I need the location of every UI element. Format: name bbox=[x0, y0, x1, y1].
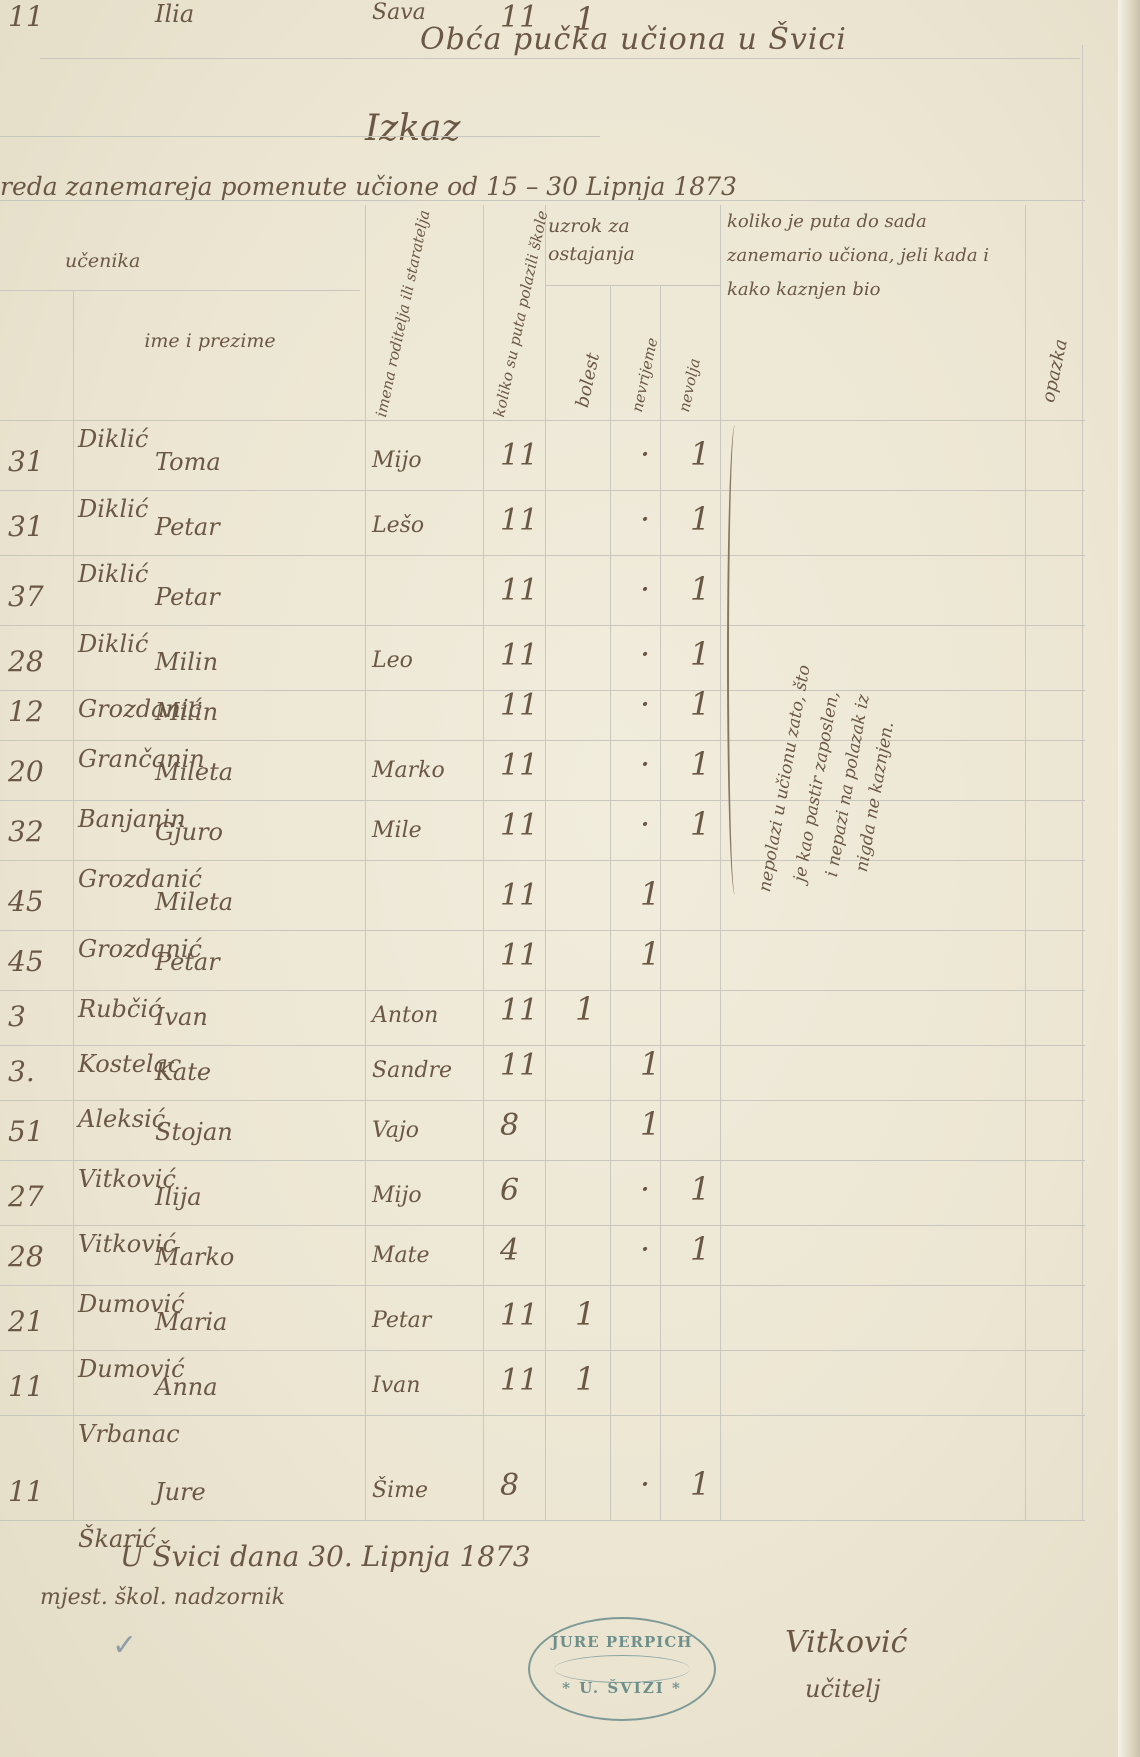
school-stamp: JURE PERPICH * U. ŠVIZI * bbox=[528, 1617, 716, 1721]
row-number: 3 bbox=[8, 1000, 26, 1033]
row-rule bbox=[0, 740, 1085, 741]
attendance-count: 11 bbox=[500, 808, 538, 843]
student-given-name: Gjuro bbox=[155, 818, 223, 846]
reason-nevolja: 1 bbox=[690, 500, 710, 538]
col-line-4 bbox=[545, 205, 546, 1520]
document-page: Obća pučka učiona u Švici Izkaz reda zan… bbox=[0, 0, 1120, 1757]
row-number: 12 bbox=[8, 695, 44, 728]
reason-nevolja: 1 bbox=[690, 1230, 710, 1268]
student-given-name: Kate bbox=[155, 1058, 211, 1086]
header-mid-rule bbox=[0, 290, 360, 291]
reason-nevolja: 1 bbox=[690, 435, 710, 473]
attendance-count: 11 bbox=[500, 748, 538, 783]
attendance-count: 11 bbox=[500, 993, 538, 1028]
attendance-count: 6 bbox=[500, 1173, 519, 1208]
row-rule bbox=[0, 800, 1085, 801]
row-number: 28 bbox=[8, 1240, 44, 1273]
attendance-count: 11 bbox=[500, 938, 538, 973]
parent-name: Petar bbox=[372, 1308, 431, 1333]
row-rule bbox=[0, 990, 1085, 991]
student-surname: Aleksić bbox=[78, 1105, 165, 1133]
header-ime-prezime: ime i prezime bbox=[95, 320, 325, 362]
document-subtitle: Izkaz bbox=[365, 108, 460, 149]
row-number: 45 bbox=[8, 945, 44, 978]
parent-name: Lešo bbox=[372, 513, 424, 538]
reason-nevrijeme: 1 bbox=[640, 935, 660, 973]
parent-name: Sava bbox=[372, 0, 426, 25]
reason-nevrijeme: · bbox=[640, 500, 650, 538]
signature-role: učitelj bbox=[805, 1675, 881, 1703]
row-number: 45 bbox=[8, 885, 44, 918]
attendance-count: 11 bbox=[500, 0, 538, 35]
row-rule bbox=[0, 860, 1085, 861]
reason-nevrijeme: · bbox=[640, 570, 650, 608]
student-surname: Diklić bbox=[78, 495, 148, 523]
header-nevolja: nevolja bbox=[675, 357, 704, 414]
reason-nevolja: 1 bbox=[690, 1465, 710, 1503]
document-title: Obća pučka učiona u Švici bbox=[420, 22, 847, 57]
col-line-1 bbox=[73, 290, 74, 1520]
row-rule bbox=[0, 1520, 1085, 1521]
parent-name: Anton bbox=[372, 1003, 438, 1028]
page-edge bbox=[1118, 0, 1140, 1757]
parent-name: Mate bbox=[372, 1243, 430, 1268]
row-number: 20 bbox=[8, 755, 44, 788]
row-rule bbox=[0, 1100, 1085, 1101]
reason-nevrijeme: · bbox=[640, 685, 650, 723]
row-number: 28 bbox=[8, 645, 44, 678]
student-given-name: Maria bbox=[155, 1308, 227, 1336]
attendance-count: 11 bbox=[500, 688, 538, 723]
reason-nevolja: 1 bbox=[690, 805, 710, 843]
reason-nevolja: 1 bbox=[690, 745, 710, 783]
row-rule bbox=[0, 930, 1085, 931]
reason-nevrijeme: 1 bbox=[640, 1105, 660, 1143]
check-mark-icon: ✓ bbox=[112, 1628, 137, 1663]
student-given-name: Petar bbox=[155, 948, 220, 976]
parent-name: Vajo bbox=[372, 1118, 419, 1143]
header-ucenika: učenika bbox=[65, 250, 140, 272]
col-line-8 bbox=[1025, 205, 1026, 1520]
reason-bolest: 1 bbox=[575, 1295, 595, 1333]
row-rule bbox=[0, 420, 1085, 421]
reason-bolest: 1 bbox=[575, 990, 595, 1028]
row-number: 11 bbox=[8, 1475, 44, 1508]
parent-name: Marko bbox=[372, 758, 445, 783]
header-bolest: bolest bbox=[572, 351, 604, 409]
student-given-name: Ilia bbox=[155, 0, 194, 28]
student-given-name: Petar bbox=[155, 583, 220, 611]
reason-nevrijeme: · bbox=[640, 745, 650, 783]
student-given-name: Mileta bbox=[155, 888, 233, 916]
header-nevrijeme: nevrijeme bbox=[628, 336, 661, 414]
header-roditelj: imena roditelja ili staratelja bbox=[372, 208, 434, 418]
row-number: 37 bbox=[8, 580, 44, 613]
attendance-count: 11 bbox=[500, 1363, 538, 1398]
col-line-5 bbox=[610, 285, 611, 1520]
row-rule bbox=[0, 1160, 1085, 1161]
row-rule bbox=[0, 690, 1085, 691]
reason-nevrijeme: 1 bbox=[640, 875, 660, 913]
row-number: 11 bbox=[8, 0, 44, 33]
student-given-name: Anna bbox=[155, 1373, 218, 1401]
student-surname: Vrbanac bbox=[78, 1420, 180, 1448]
student-given-name: Marko bbox=[155, 1243, 234, 1271]
parent-name: Mijo bbox=[372, 448, 422, 473]
reason-nevolja: 1 bbox=[690, 685, 710, 723]
row-number: 31 bbox=[8, 445, 44, 478]
reason-nevrijeme: 1 bbox=[640, 1045, 660, 1083]
row-number: 11 bbox=[8, 1370, 44, 1403]
row-number: 21 bbox=[8, 1305, 44, 1338]
header-top-rule bbox=[0, 200, 1085, 201]
stamp-bottom-text: * U. ŠVIZI * bbox=[530, 1679, 714, 1697]
reason-nevolja: 1 bbox=[690, 570, 710, 608]
col-line-9 bbox=[1082, 45, 1083, 1520]
row-rule bbox=[0, 625, 1085, 626]
remark-brace bbox=[727, 425, 743, 895]
stamp-top-text: JURE PERPICH bbox=[530, 1633, 714, 1651]
row-rule bbox=[0, 1285, 1085, 1286]
attendance-count: 11 bbox=[500, 573, 538, 608]
student-given-name: Toma bbox=[155, 448, 221, 476]
student-surname: Rubčić bbox=[78, 995, 161, 1023]
attendance-count: 8 bbox=[500, 1108, 519, 1143]
reason-nevrijeme: · bbox=[640, 1465, 650, 1503]
attendance-count: 11 bbox=[500, 1298, 538, 1333]
parent-name: Sandre bbox=[372, 1058, 452, 1083]
row-rule bbox=[0, 1045, 1085, 1046]
row-number: 31 bbox=[8, 510, 44, 543]
student-given-name: Milin bbox=[155, 698, 218, 726]
report-period-line: reda zanemareja pomenute učione od 15 – … bbox=[0, 172, 737, 201]
row-rule bbox=[0, 490, 1085, 491]
reason-bolest: 1 bbox=[575, 1360, 595, 1398]
attendance-count: 11 bbox=[500, 438, 538, 473]
row-number: 3. bbox=[8, 1055, 35, 1088]
reason-bolest: 1 bbox=[575, 0, 595, 38]
col-line-3 bbox=[483, 205, 484, 1520]
row-number: 27 bbox=[8, 1180, 44, 1213]
attendance-count: 8 bbox=[500, 1468, 519, 1503]
uzrok-rule bbox=[545, 285, 720, 286]
reason-nevrijeme: · bbox=[640, 805, 650, 843]
reason-nevrijeme: · bbox=[640, 635, 650, 673]
reason-nevrijeme: · bbox=[640, 1170, 650, 1208]
row-rule bbox=[0, 555, 1085, 556]
student-surname: Diklić bbox=[78, 425, 148, 453]
row-rule bbox=[0, 1350, 1085, 1351]
student-given-name: Ivan bbox=[155, 1003, 208, 1031]
student-given-name: Mileta bbox=[155, 758, 233, 786]
attendance-count: 4 bbox=[500, 1233, 519, 1268]
student-given-name: Milin bbox=[155, 648, 218, 676]
student-surname: Diklić bbox=[78, 560, 148, 588]
header-pohadjali: koliko su puta polazili škole bbox=[490, 209, 551, 419]
attendance-count: 11 bbox=[500, 1048, 538, 1083]
student-surname: Diklić bbox=[78, 630, 148, 658]
student-given-name: Petar bbox=[155, 513, 220, 541]
student-given-name: Stojan bbox=[155, 1118, 233, 1146]
col-line-7 bbox=[720, 205, 721, 1520]
row-number: 51 bbox=[8, 1115, 44, 1148]
row-number: 32 bbox=[8, 815, 44, 848]
reason-nevrijeme: · bbox=[640, 1230, 650, 1268]
signature-name: Vitković bbox=[785, 1625, 907, 1660]
attendance-count: 11 bbox=[500, 878, 538, 913]
parent-name: Leo bbox=[372, 648, 413, 673]
header-uzrok: uzrok za ostajanja bbox=[548, 212, 718, 268]
title-rule bbox=[40, 58, 1080, 59]
student-given-name: Ilija bbox=[155, 1183, 202, 1211]
reason-nevolja: 1 bbox=[690, 635, 710, 673]
parent-name: Ivan bbox=[372, 1373, 420, 1398]
header-opazka: opazka bbox=[1038, 337, 1072, 404]
col-line-2 bbox=[365, 205, 366, 1520]
parent-name: Mile bbox=[372, 818, 422, 843]
row-rule bbox=[0, 1225, 1085, 1226]
parent-name: Mijo bbox=[372, 1183, 422, 1208]
attendance-count: 11 bbox=[500, 638, 538, 673]
row-rule bbox=[0, 1415, 1085, 1416]
reason-nevrijeme: · bbox=[640, 435, 650, 473]
reason-nevolja: 1 bbox=[690, 1170, 710, 1208]
footer-place-date: U Švici dana 30. Lipnja 1873 bbox=[120, 1540, 531, 1573]
header-koliko: koliko je puta do sada zanemario učiona,… bbox=[727, 205, 1017, 307]
student-given-name: Jure bbox=[155, 1478, 206, 1506]
subtitle-rule bbox=[0, 136, 600, 137]
attendance-count: 11 bbox=[500, 503, 538, 538]
footer-role: mjest. škol. nadzornik bbox=[40, 1585, 285, 1610]
parent-name: Šime bbox=[372, 1478, 428, 1503]
